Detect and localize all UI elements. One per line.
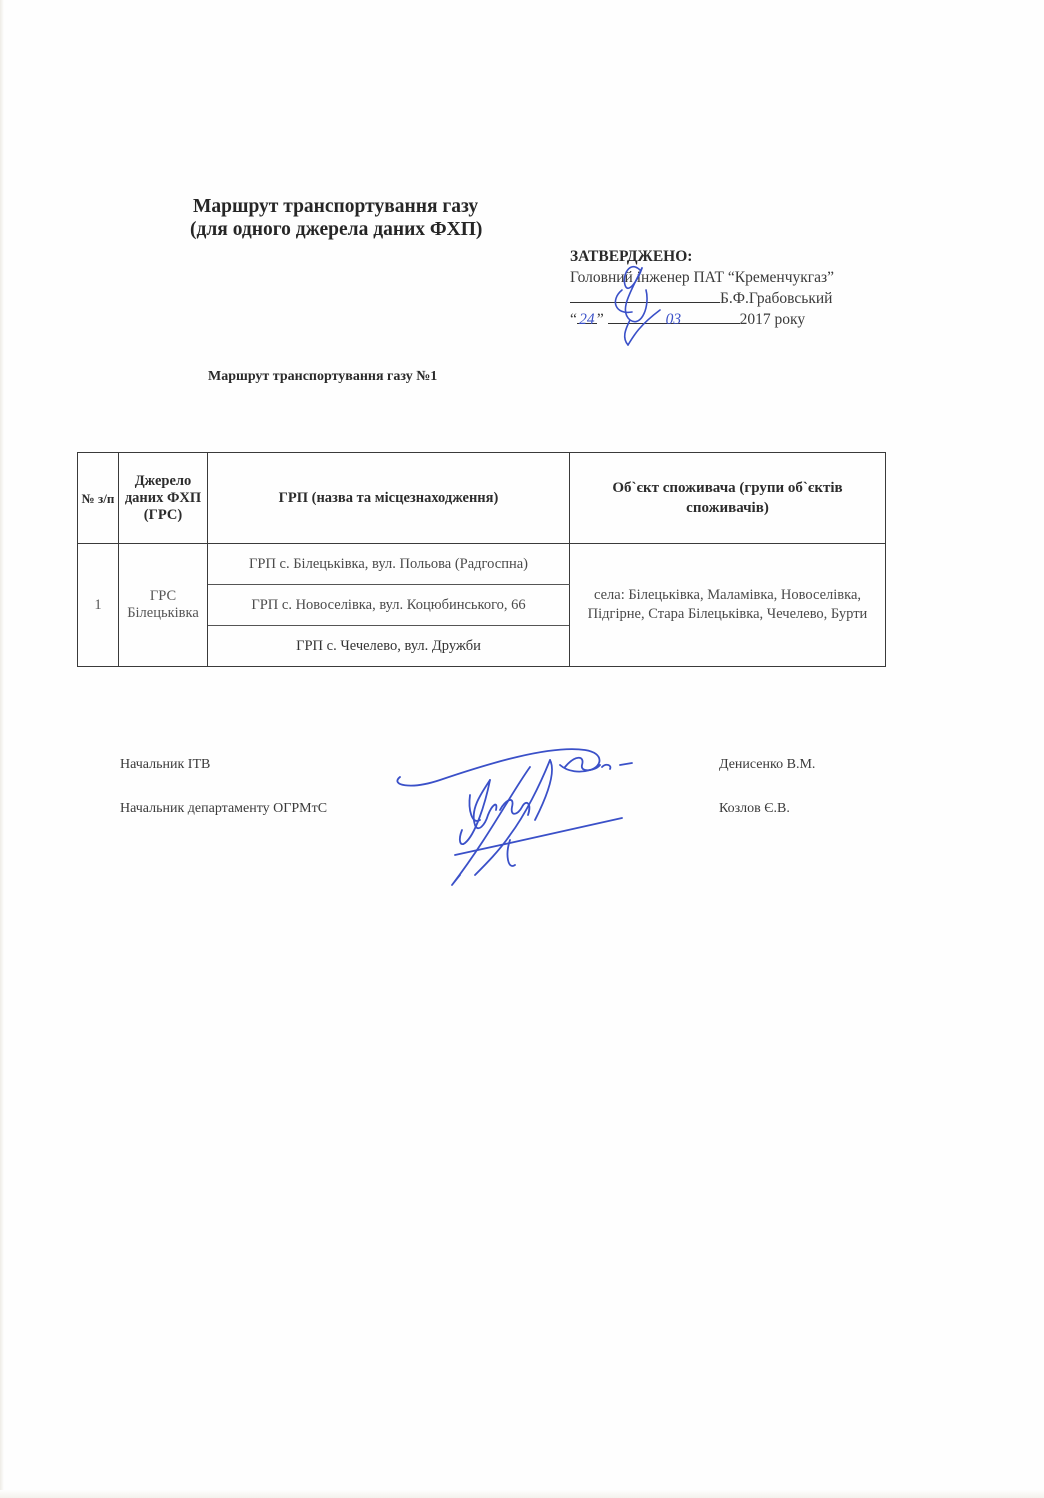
header-object: Об`єкт споживача (групи об`єктів спожива…: [570, 453, 886, 544]
quote-open: “: [570, 311, 577, 328]
cell-grp: ГРП с. Чечелево, вул. Дружби: [208, 626, 570, 667]
signature-row: Начальник ІТВ Денисенко В.М.: [120, 757, 840, 801]
title-line-2: (для одного джерела даних ФХП): [190, 218, 482, 241]
title-line-1: Маршрут транспортування газу: [190, 195, 482, 218]
cell-num: 1: [78, 544, 119, 667]
date-year: 2017 року: [740, 311, 805, 328]
signature-name: Денисенко В.М.: [719, 757, 815, 773]
approval-block: ЗАТВЕРДЖЕНО: Головний інженер ПАТ “Креме…: [570, 246, 834, 330]
header-source: Джерело даних ФХП (ГРС): [119, 453, 208, 544]
signatures-block: Начальник ІТВ Денисенко В.М. Начальник д…: [120, 757, 840, 845]
signature-blank: [570, 288, 720, 303]
quote-close: ”: [597, 311, 604, 328]
table-header-row: № з/п Джерело даних ФХП (ГРС) ГРП (назва…: [78, 453, 886, 544]
route-subtitle: Маршрут транспортування газу №1: [208, 369, 437, 385]
approval-signatory-line: Б.Ф.Грабовський: [570, 288, 834, 309]
signature-name: Козлов Є.В.: [719, 801, 790, 817]
date-day: 24: [577, 309, 597, 324]
header-grp: ГРП (назва та місцезнаходження): [208, 453, 570, 544]
cell-grp: ГРП с. Новоселівка, вул. Коцюбинського, …: [208, 585, 570, 626]
cell-object: села: Білецьківка, Маламівка, Новоселівк…: [570, 544, 886, 667]
cell-grp: ГРП с. Білецьківка, вул. Польова (Радгос…: [208, 544, 570, 585]
scan-edge-shadow: [0, 0, 4, 1498]
header-num: № з/п: [78, 453, 119, 544]
signature-role: Начальник ІТВ: [120, 757, 210, 773]
approval-position: Головний інженер ПАТ “Кременчукгаз”: [570, 267, 834, 288]
document-title: Маршрут транспортування газу (для одного…: [190, 195, 482, 241]
document-page: Маршрут транспортування газу (для одного…: [0, 0, 1044, 1498]
signature-role: Начальник департаменту ОГРМтС: [120, 801, 327, 817]
approval-date-line: “24” 032017 року: [570, 309, 834, 330]
signature-row: Начальник департаменту ОГРМтС Козлов Є.В…: [120, 801, 840, 845]
table-row: 1 ГРС Білецьківка ГРП с. Білецьківка, ву…: [78, 544, 886, 585]
date-month-field: 03: [608, 309, 740, 324]
cell-source: ГРС Білецьківка: [119, 544, 208, 667]
approval-signatory: Б.Ф.Грабовський: [720, 290, 832, 307]
approval-heading: ЗАТВЕРДЖЕНО:: [570, 246, 834, 267]
date-month: 03: [666, 311, 682, 328]
route-table: № з/п Джерело даних ФХП (ГРС) ГРП (назва…: [77, 452, 886, 667]
